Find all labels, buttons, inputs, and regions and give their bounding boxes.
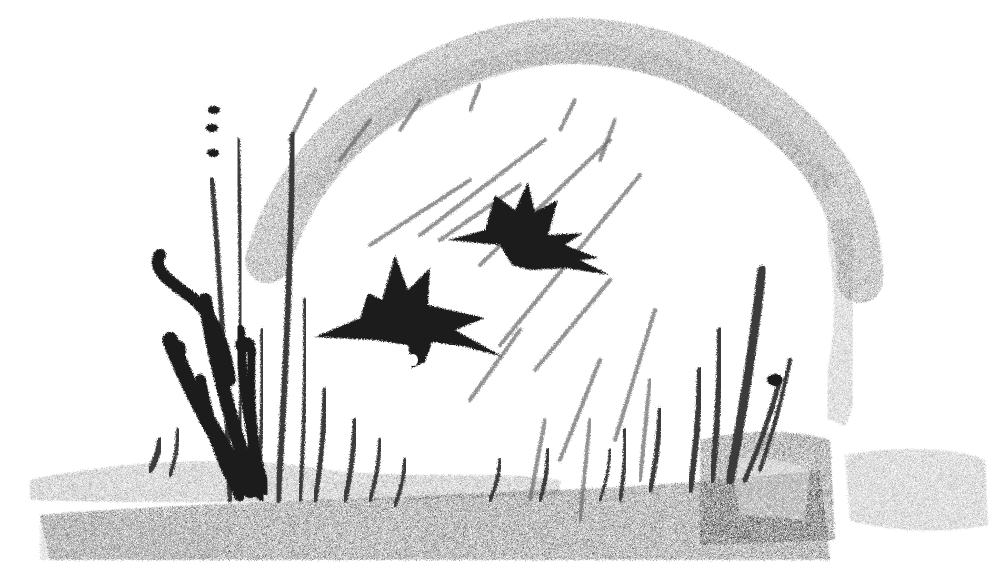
ink-painting <box>0 0 1000 562</box>
ink-painting-canvas <box>0 0 1000 562</box>
